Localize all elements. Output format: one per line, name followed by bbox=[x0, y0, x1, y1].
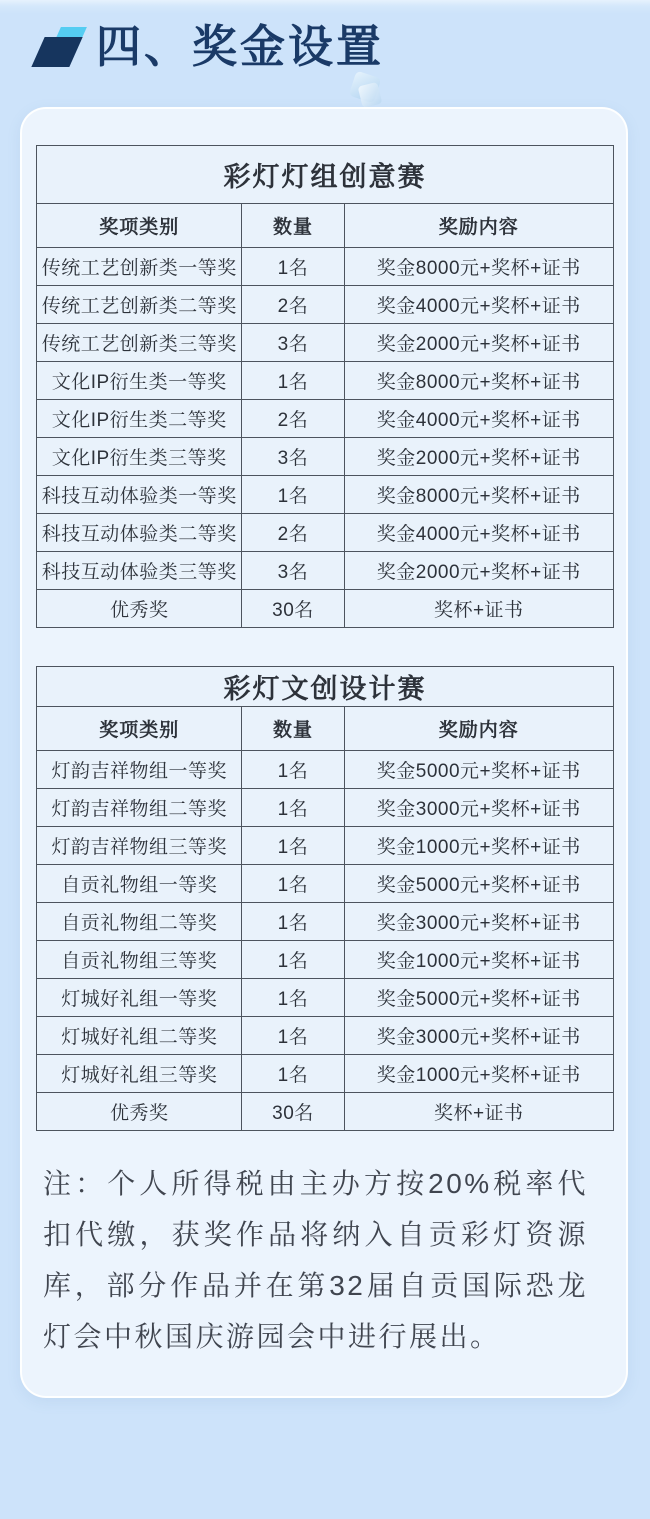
table-row: 灯韵吉祥物组二等奖1名奖金3000元+奖杯+证书 bbox=[37, 789, 614, 827]
table-cell: 科技互动体验类三等奖 bbox=[37, 552, 242, 590]
table-cell: 科技互动体验类一等奖 bbox=[37, 476, 242, 514]
table-cell: 1名 bbox=[242, 476, 344, 514]
table-cell: 1名 bbox=[242, 979, 344, 1017]
table-cell: 30名 bbox=[242, 590, 344, 628]
table-cell: 自贡礼物组二等奖 bbox=[37, 903, 242, 941]
column-header: 奖项类别 bbox=[37, 204, 242, 248]
table-cell: 奖金5000元+奖杯+证书 bbox=[344, 865, 613, 903]
table-row: 文化IP衍生类三等奖3名奖金2000元+奖杯+证书 bbox=[37, 438, 614, 476]
table-cell: 奖金1000元+奖杯+证书 bbox=[344, 827, 613, 865]
prize-table: 彩灯文创设计赛奖项类别数量奖励内容灯韵吉祥物组一等奖1名奖金5000元+奖杯+证… bbox=[36, 666, 614, 1131]
table-cell: 1名 bbox=[242, 248, 344, 286]
table-row: 文化IP衍生类二等奖2名奖金4000元+奖杯+证书 bbox=[37, 400, 614, 438]
table-cell: 奖金8000元+奖杯+证书 bbox=[344, 248, 613, 286]
table-cell: 奖金4000元+奖杯+证书 bbox=[344, 514, 613, 552]
table-cell: 1名 bbox=[242, 865, 344, 903]
table-row: 传统工艺创新类三等奖3名奖金2000元+奖杯+证书 bbox=[37, 324, 614, 362]
table-row: 传统工艺创新类一等奖1名奖金8000元+奖杯+证书 bbox=[37, 248, 614, 286]
table-cell: 1名 bbox=[242, 941, 344, 979]
table-cell: 奖金8000元+奖杯+证书 bbox=[344, 476, 613, 514]
marker-navy-shape bbox=[31, 37, 82, 67]
table-row: 灯城好礼组三等奖1名奖金1000元+奖杯+证书 bbox=[37, 1055, 614, 1093]
table-cell: 灯韵吉祥物组三等奖 bbox=[37, 827, 242, 865]
table-cell: 奖金2000元+奖杯+证书 bbox=[344, 552, 613, 590]
table-cell: 奖金3000元+奖杯+证书 bbox=[344, 1017, 613, 1055]
table-cell: 文化IP衍生类一等奖 bbox=[37, 362, 242, 400]
table-row: 科技互动体验类二等奖2名奖金4000元+奖杯+证书 bbox=[37, 514, 614, 552]
table-row: 自贡礼物组二等奖1名奖金3000元+奖杯+证书 bbox=[37, 903, 614, 941]
table-title: 彩灯文创设计赛 bbox=[37, 667, 614, 707]
table-cell: 1名 bbox=[242, 362, 344, 400]
table-cell: 奖金1000元+奖杯+证书 bbox=[344, 1055, 613, 1093]
page-title: 四、奖金设置 bbox=[96, 18, 384, 76]
table-row: 科技互动体验类三等奖3名奖金2000元+奖杯+证书 bbox=[37, 552, 614, 590]
table-row: 灯韵吉祥物组一等奖1名奖金5000元+奖杯+证书 bbox=[37, 751, 614, 789]
table-row: 灯韵吉祥物组三等奖1名奖金1000元+奖杯+证书 bbox=[37, 827, 614, 865]
column-header: 数量 bbox=[242, 707, 344, 751]
table-cell: 传统工艺创新类三等奖 bbox=[37, 324, 242, 362]
table-cell: 30名 bbox=[242, 1093, 344, 1131]
table-cell: 奖金3000元+奖杯+证书 bbox=[344, 789, 613, 827]
table-cell: 奖杯+证书 bbox=[344, 590, 613, 628]
table-cell: 1名 bbox=[242, 903, 344, 941]
table-cell: 奖金3000元+奖杯+证书 bbox=[344, 903, 613, 941]
table-cell: 3名 bbox=[242, 324, 344, 362]
column-header: 奖励内容 bbox=[344, 707, 613, 751]
table-cell: 传统工艺创新类二等奖 bbox=[37, 286, 242, 324]
table-cell: 灯城好礼组三等奖 bbox=[37, 1055, 242, 1093]
table-row: 科技互动体验类一等奖1名奖金8000元+奖杯+证书 bbox=[37, 476, 614, 514]
table-row: 传统工艺创新类二等奖2名奖金4000元+奖杯+证书 bbox=[37, 286, 614, 324]
table-cell: 1名 bbox=[242, 751, 344, 789]
table-cell: 文化IP衍生类三等奖 bbox=[37, 438, 242, 476]
table-cell: 优秀奖 bbox=[37, 1093, 242, 1131]
prize-table-creative: 彩灯灯组创意赛奖项类别数量奖励内容传统工艺创新类一等奖1名奖金8000元+奖杯+… bbox=[36, 145, 614, 628]
table-cell: 优秀奖 bbox=[37, 590, 242, 628]
table-cell: 灯韵吉祥物组二等奖 bbox=[37, 789, 242, 827]
table-cell: 灯城好礼组二等奖 bbox=[37, 1017, 242, 1055]
table-row: 优秀奖30名奖杯+证书 bbox=[37, 590, 614, 628]
column-header: 数量 bbox=[242, 204, 344, 248]
prize-table-design: 彩灯文创设计赛奖项类别数量奖励内容灯韵吉祥物组一等奖1名奖金5000元+奖杯+证… bbox=[36, 666, 614, 1131]
table-cell: 1名 bbox=[242, 827, 344, 865]
column-header: 奖项类别 bbox=[37, 707, 242, 751]
table-cell: 奖金8000元+奖杯+证书 bbox=[344, 362, 613, 400]
table-cell: 科技互动体验类二等奖 bbox=[37, 514, 242, 552]
table-cell: 灯城好礼组一等奖 bbox=[37, 979, 242, 1017]
table-cell: 奖金2000元+奖杯+证书 bbox=[344, 324, 613, 362]
table-row: 文化IP衍生类一等奖1名奖金8000元+奖杯+证书 bbox=[37, 362, 614, 400]
column-header: 奖励内容 bbox=[344, 204, 613, 248]
table-cell: 1名 bbox=[242, 789, 344, 827]
table-row: 灯城好礼组二等奖1名奖金3000元+奖杯+证书 bbox=[37, 1017, 614, 1055]
table-cell: 奖金4000元+奖杯+证书 bbox=[344, 400, 613, 438]
table-title: 彩灯灯组创意赛 bbox=[37, 146, 614, 204]
table-cell: 2名 bbox=[242, 286, 344, 324]
table-cell: 奖金1000元+奖杯+证书 bbox=[344, 941, 613, 979]
table-cell: 奖杯+证书 bbox=[344, 1093, 613, 1131]
parallelogram-marker-icon bbox=[34, 23, 90, 71]
table-cell: 2名 bbox=[242, 400, 344, 438]
table-cell: 2名 bbox=[242, 514, 344, 552]
table-cell: 自贡礼物组一等奖 bbox=[37, 865, 242, 903]
table-row: 自贡礼物组一等奖1名奖金5000元+奖杯+证书 bbox=[37, 865, 614, 903]
prize-table: 彩灯灯组创意赛奖项类别数量奖励内容传统工艺创新类一等奖1名奖金8000元+奖杯+… bbox=[36, 145, 614, 628]
table-cell: 灯韵吉祥物组一等奖 bbox=[37, 751, 242, 789]
table-cell: 奖金4000元+奖杯+证书 bbox=[344, 286, 613, 324]
table-cell: 传统工艺创新类一等奖 bbox=[37, 248, 242, 286]
table-cell: 文化IP衍生类二等奖 bbox=[37, 400, 242, 438]
table-row: 优秀奖30名奖杯+证书 bbox=[37, 1093, 614, 1131]
table-row: 灯城好礼组一等奖1名奖金5000元+奖杯+证书 bbox=[37, 979, 614, 1017]
table-row: 自贡礼物组三等奖1名奖金1000元+奖杯+证书 bbox=[37, 941, 614, 979]
table-cell: 3名 bbox=[242, 438, 344, 476]
content-card: 彩灯灯组创意赛奖项类别数量奖励内容传统工艺创新类一等奖1名奖金8000元+奖杯+… bbox=[20, 107, 628, 1398]
footnote: 注：个人所得税由主办方按20%税率代扣代缴，获奖作品将纳入自贡彩灯资源库，部分作… bbox=[43, 1158, 588, 1362]
table-cell: 3名 bbox=[242, 552, 344, 590]
table-cell: 1名 bbox=[242, 1055, 344, 1093]
section-header: 四、奖金设置 bbox=[34, 18, 384, 76]
table-cell: 奖金2000元+奖杯+证书 bbox=[344, 438, 613, 476]
ice-crystal-icon bbox=[350, 70, 384, 112]
table-cell: 奖金5000元+奖杯+证书 bbox=[344, 979, 613, 1017]
table-cell: 1名 bbox=[242, 1017, 344, 1055]
table-cell: 自贡礼物组三等奖 bbox=[37, 941, 242, 979]
table-cell: 奖金5000元+奖杯+证书 bbox=[344, 751, 613, 789]
